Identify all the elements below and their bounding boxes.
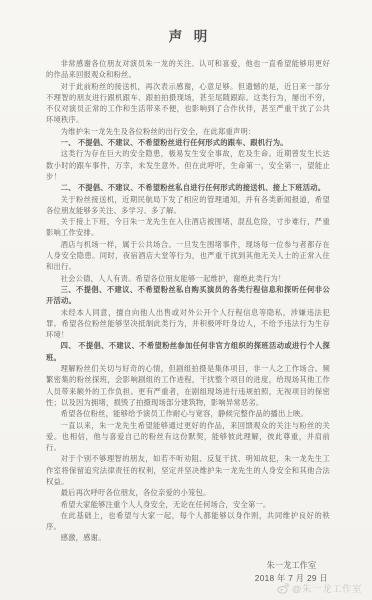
- closing-paragraph: 对于个别不够理智的朋友，如若不听劝阻、反复干扰、明知故犯，朱一龙先生工作室将保留…: [46, 453, 330, 487]
- statement-paragraph: 酒店与机场一样，属于公共场合。一旦发生围堵事件，现场每一位参与者都存在人身安全隐…: [46, 239, 330, 273]
- statement-paragraph: 社会公德，人人有责。希望各位朋友能够一起维护，谢绝此类行为！: [46, 273, 330, 284]
- statement-paragraph: 未经本人同意，擅自向他人出售或对外公开个人行程信息等隐私，涉嫌违法犯罪。希望各位…: [46, 307, 330, 341]
- statement-paragraph: 希望各位粉丝，能够给予演员工作耐心与宽容，静候完整作品的播出上映。: [46, 408, 330, 419]
- statement-paragraph: 这类行为存在巨大的安全隐患，极易发生安全事故，危及生命。近期曾发生长达数小时的跟…: [46, 148, 330, 182]
- signature: 朱一龙工作室: [255, 559, 328, 572]
- declaration-lead: 为维护朱一龙先生及各位粉丝的出行安全，在此郑重声明：: [46, 126, 330, 137]
- intro-paragraph: 非常感谢各位朋友对演员朱一龙的关注、认可和喜爱，他也一直希望能够用更好的作品来回…: [46, 58, 330, 81]
- appeal-line: 最后再次呼吁各位朋友，各位亲爱的小笼包。: [46, 487, 330, 498]
- appeal-line: 在此基础上，也希望与大家一起，每个人都能够以身作则，共同维护良好的秩序。: [46, 510, 330, 533]
- statement-item-heading: 四、 不提倡、不建议、不希望粉丝参加任何非官方组织的探班活动或进行个人探班。: [46, 340, 330, 363]
- appeal-line: 感激，感谢。: [46, 532, 330, 543]
- closing-paragraph: 一直以来，朱一龙先生希望能够通过更好的作品，来回馈观众的关注与粉丝的关爱。也相信…: [46, 420, 330, 454]
- weibo-watermark: @朱一龙工作室: [277, 581, 362, 595]
- weibo-logo-icon: [277, 583, 289, 594]
- statement-paragraph: 关于粉丝接送机，近期民航局下发了相应的管理通知，并有各类新闻报道，希望各位朋友能…: [46, 194, 330, 217]
- statement-item-heading: 二、 不提倡、不建议、不希望粉丝私自进行任何形式的接送机、接上下班活动。: [46, 182, 330, 193]
- statement-paragraph: 关于接上下班，今日朱一龙先生在入住酒店被围堵，混乱危险，寸步难行，严重影响工作安…: [46, 216, 330, 239]
- statement-item-heading: 一、 不提倡、不建议、不希望粉丝进行任何形式的跟车、跟机行为。: [46, 137, 330, 148]
- appeal-line: 希望大家能够注重个人人身安全，无论在任何场合，安全第一。: [46, 499, 330, 510]
- statement-paragraph: 理解粉丝们关切与好奇的心情，但剧组拍摄是集体项目，非一人之工作场合。频繁密集的粉…: [46, 363, 330, 408]
- statement-document: 声明 非常感谢各位朋友对演员朱一龙的关注、认可和喜爱，他也一直希望能够用更好的作…: [0, 0, 372, 600]
- statement-item-heading: 三、不提倡、不建议、不希望粉丝私自购买演员的各类行程信息和探听任何非公开活动。: [46, 284, 330, 307]
- watermark-text: @朱一龙工作室: [292, 581, 362, 595]
- intro-paragraph: 对于此前粉丝的接送机，再次表示感谢，心意足够。但遗憾的是，近日来一部分不理智的朋…: [46, 81, 330, 126]
- statement-title: 声明: [46, 25, 330, 45]
